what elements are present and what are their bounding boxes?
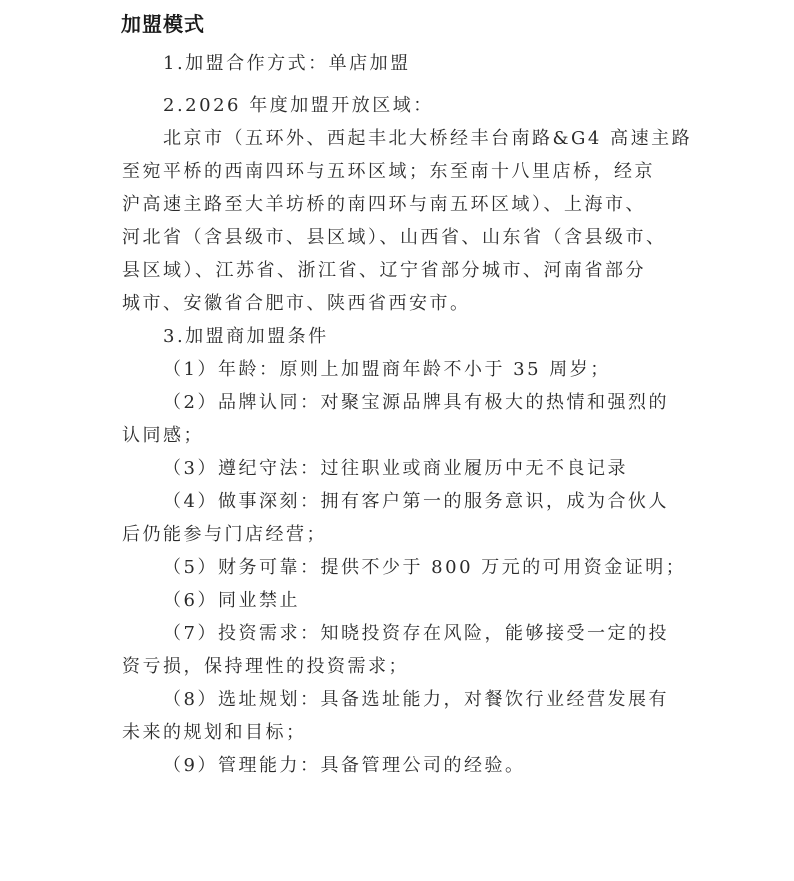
regions-line: 河北省（含县级市、县区域）、山西省、山东省（含县级市、: [122, 226, 667, 250]
regions-line: 城市、安徽省合肥市、陕西省西安市。: [122, 292, 471, 316]
condition-age: （1）年龄：原则上加盟商年龄不小于 35 周岁；: [163, 358, 611, 382]
condition-location: （8）选址规划：具备选址能力，对餐饮行业经营发展有: [163, 688, 669, 712]
regions-line: 北京市（五环外、西起丰北大桥经丰台南路&G4 高速主路: [163, 127, 692, 151]
section-title: 加盟模式: [121, 8, 205, 37]
condition-diligence: （4）做事深刻：拥有客户第一的服务意识，成为合伙人: [163, 490, 669, 514]
condition-diligence-cont: 后仍能参与门店经营；: [122, 523, 327, 547]
condition-noncompete: （6）同业禁止: [163, 589, 300, 613]
regions-line: 县区域）、江苏省、浙江省、辽宁省部分城市、河南省部分: [122, 259, 646, 283]
condition-law: （3）遵纪守法：过往职业或商业履历中无不良记录: [163, 457, 628, 481]
condition-investment: （7）投资需求：知晓投资存在风险，能够接受一定的投: [163, 622, 669, 646]
item-conditions-heading: 3.加盟商加盟条件: [163, 325, 329, 349]
item-cooperation-mode: 1.加盟合作方式：单店加盟: [163, 52, 411, 76]
condition-management: （9）管理能力：具备管理公司的经验。: [163, 754, 525, 778]
condition-finance: （5）财务可靠：提供不少于 800 万元的可用资金证明；: [163, 556, 686, 580]
regions-line: 至宛平桥的西南四环与五环区域；东至南十八里店桥，经京: [122, 160, 655, 184]
item-open-regions-heading: 2.2026 年度加盟开放区域：: [163, 94, 434, 118]
condition-brand-cont: 认同感；: [122, 424, 204, 448]
condition-location-cont: 未来的规划和目标；: [122, 721, 307, 745]
regions-line: 沪高速主路至大羊坊桥的南四环与南五环区域）、上海市、: [122, 193, 646, 217]
condition-investment-cont: 资亏损，保持理性的投资需求；: [122, 655, 409, 679]
condition-brand: （2）品牌认同：对聚宝源品牌具有极大的热情和强烈的: [163, 391, 669, 415]
